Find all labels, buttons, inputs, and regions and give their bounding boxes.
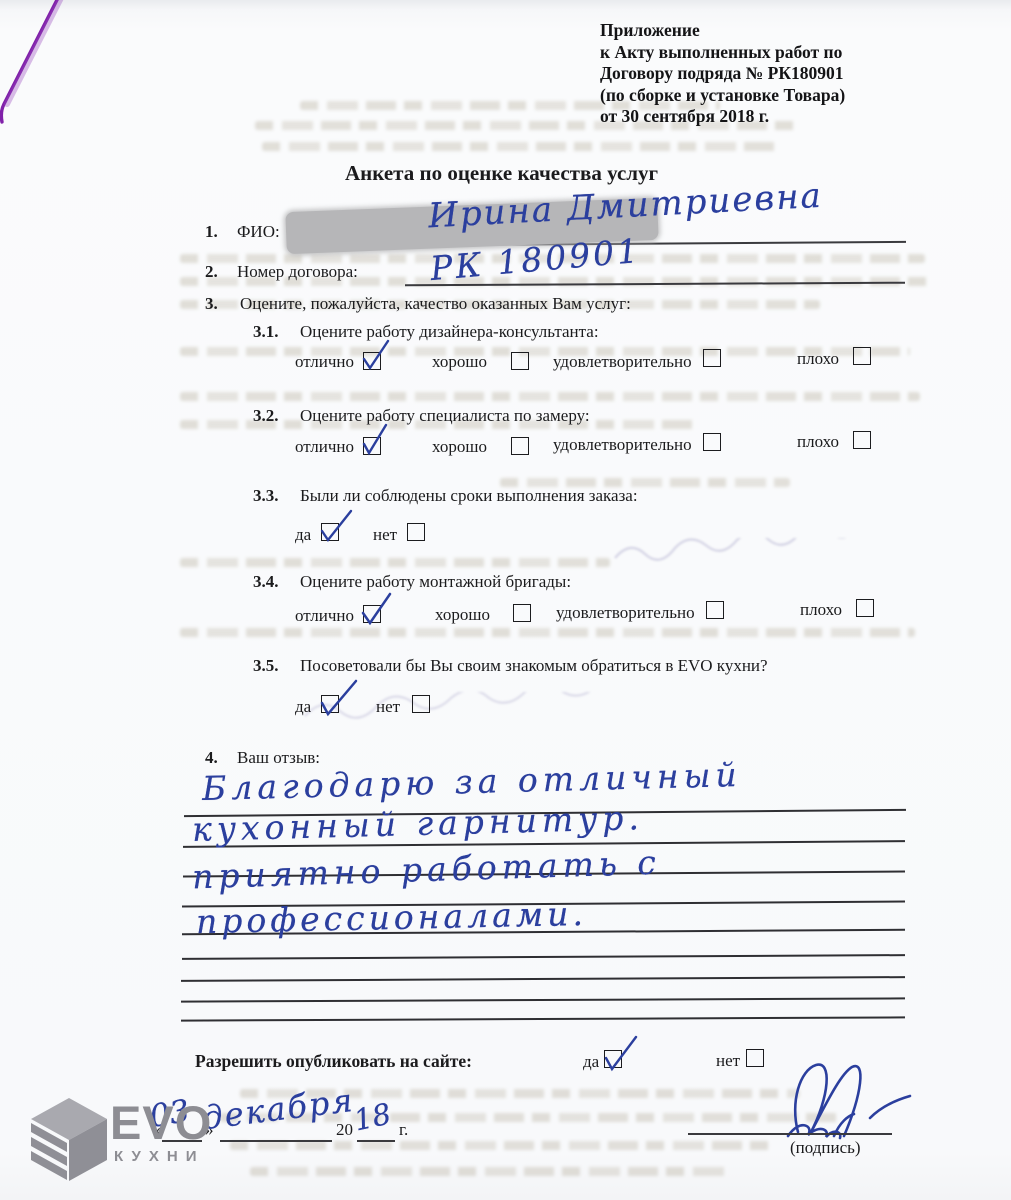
q34-checkbox-udovl[interactable] [706,601,724,619]
bleedthrough-line [250,1167,730,1176]
form-title: Анкета по оценке качества услуг [345,161,658,186]
q33-checkbox-net[interactable] [407,523,425,541]
q34-option-label: хорошо [435,605,490,625]
appendix-header: Приложение к Акту выполненных работ по Д… [600,20,930,128]
q31-checkbox-horosho[interactable] [511,352,529,370]
section3-number: 3. [205,294,218,314]
q34-checkbox-otlichno[interactable] [363,605,381,623]
q31-option-label: отлично [295,352,354,372]
q34-number: 3.4. [253,572,279,592]
q32-option-label: хорошо [432,437,487,457]
q34-checkbox-ploho[interactable] [856,599,874,617]
date-century: 20 [336,1120,353,1140]
date-month-handwritten: декабря [200,1081,356,1137]
q33-option-label: нет [373,525,397,545]
q32-text: Оцените работу специалиста по замеру: [300,406,590,426]
q31-number: 3.1. [253,322,279,342]
bleedthrough-handwriting [300,692,720,726]
q32-checkbox-otlichno[interactable] [363,437,381,455]
field-contract-number: 2. [205,262,218,282]
review-handwriting-line: приятно работать с [192,843,662,897]
q31-text: Оцените работу дизайнера-консультанта: [300,322,599,342]
q34-option-label: плохо [800,600,842,620]
date-suffix: г. [399,1120,408,1140]
q31-checkbox-otlichno[interactable] [363,352,381,370]
q31-option-label: хорошо [432,352,487,372]
q32-checkbox-horosho[interactable] [511,437,529,455]
q32-option-label: отлично [295,437,354,457]
section4-number: 4. [205,748,218,768]
bleedthrough-line [180,628,915,637]
publish-option-label: да [583,1052,599,1072]
q35-option-label: да [295,697,311,717]
purple-pen-mark [0,0,130,140]
q35-text: Посоветовали бы Вы своим знакомым обрати… [300,656,768,676]
date-year-handwritten: 18 [351,1097,394,1138]
q31-option-label: плохо [797,349,839,369]
appendix-line: Приложение [600,20,930,42]
bleedthrough-line [230,1141,770,1150]
q33-checkbox-da[interactable] [321,523,339,541]
bleedthrough-line [180,558,610,567]
publish-checkbox-da[interactable] [604,1050,622,1068]
bleedthrough-line [180,392,920,401]
appendix-line: к Акту выполненных работ по [600,42,930,64]
review-line[interactable] [181,1016,905,1021]
q32-option-label: удовлетворительно [553,435,692,455]
signature-scribble [770,1056,920,1142]
date-month-line[interactable] [220,1140,332,1142]
appendix-line: Договору подряда № РК180901 [600,63,930,85]
q35-option-label: нет [376,697,400,717]
field-fio-number: 1. [205,222,218,242]
scanned-survey-page: Приложение к Акту выполненных работ по Д… [0,0,1011,1200]
q31-checkbox-ploho[interactable] [853,347,871,365]
q35-checkbox-da[interactable] [321,695,339,713]
publish-label: Разрешить опубликовать на сайте: [195,1051,472,1072]
bleedthrough-line [262,142,782,151]
q32-checkbox-udovl[interactable] [703,433,721,451]
signature-caption: (подпись) [790,1138,861,1158]
q34-option-label: удовлетворительно [556,603,695,623]
section3-label: Оцените, пожалуйста, качество оказанных … [240,294,631,314]
publish-option-label: нет [716,1051,740,1071]
review-line[interactable] [182,954,905,960]
q32-number: 3.2. [253,406,279,426]
signature-line[interactable] [688,1133,892,1135]
logo-brand-text: EVO [110,1095,212,1150]
q35-number: 3.5. [253,656,279,676]
section4-label: Ваш отзыв: [237,748,320,768]
q32-checkbox-ploho[interactable] [853,431,871,449]
appendix-line: (по сборке и установке Товара) [600,85,930,107]
q34-option-label: отлично [295,606,354,626]
q31-checkbox-udovl[interactable] [703,349,721,367]
field-contract-label: Номер договора: [237,262,358,282]
review-handwriting-line: профессионалами. [196,894,588,941]
publish-checkbox-net[interactable] [746,1049,764,1067]
q33-option-label: да [295,525,311,545]
appendix-line: от 30 сентября 2018 г. [600,106,930,128]
q34-checkbox-horosho[interactable] [513,604,531,622]
q34-text: Оцените работу монтажной бригады: [300,572,571,592]
field-fio-label: ФИО: [237,222,280,242]
evo-cube-logo-icon [28,1096,110,1184]
q32-option-label: плохо [797,432,839,452]
q33-text: Были ли соблюдены сроки выполнения заказ… [300,486,638,506]
logo-subtitle-text: КУХНИ [114,1148,204,1165]
date-year-line[interactable] [357,1140,395,1142]
review-line[interactable] [181,976,905,982]
q35-checkbox-net[interactable] [412,695,430,713]
review-line[interactable] [181,997,905,1002]
q31-option-label: удовлетворительно [553,352,692,372]
bleedthrough-handwriting [610,538,940,568]
q33-number: 3.3. [253,486,279,506]
